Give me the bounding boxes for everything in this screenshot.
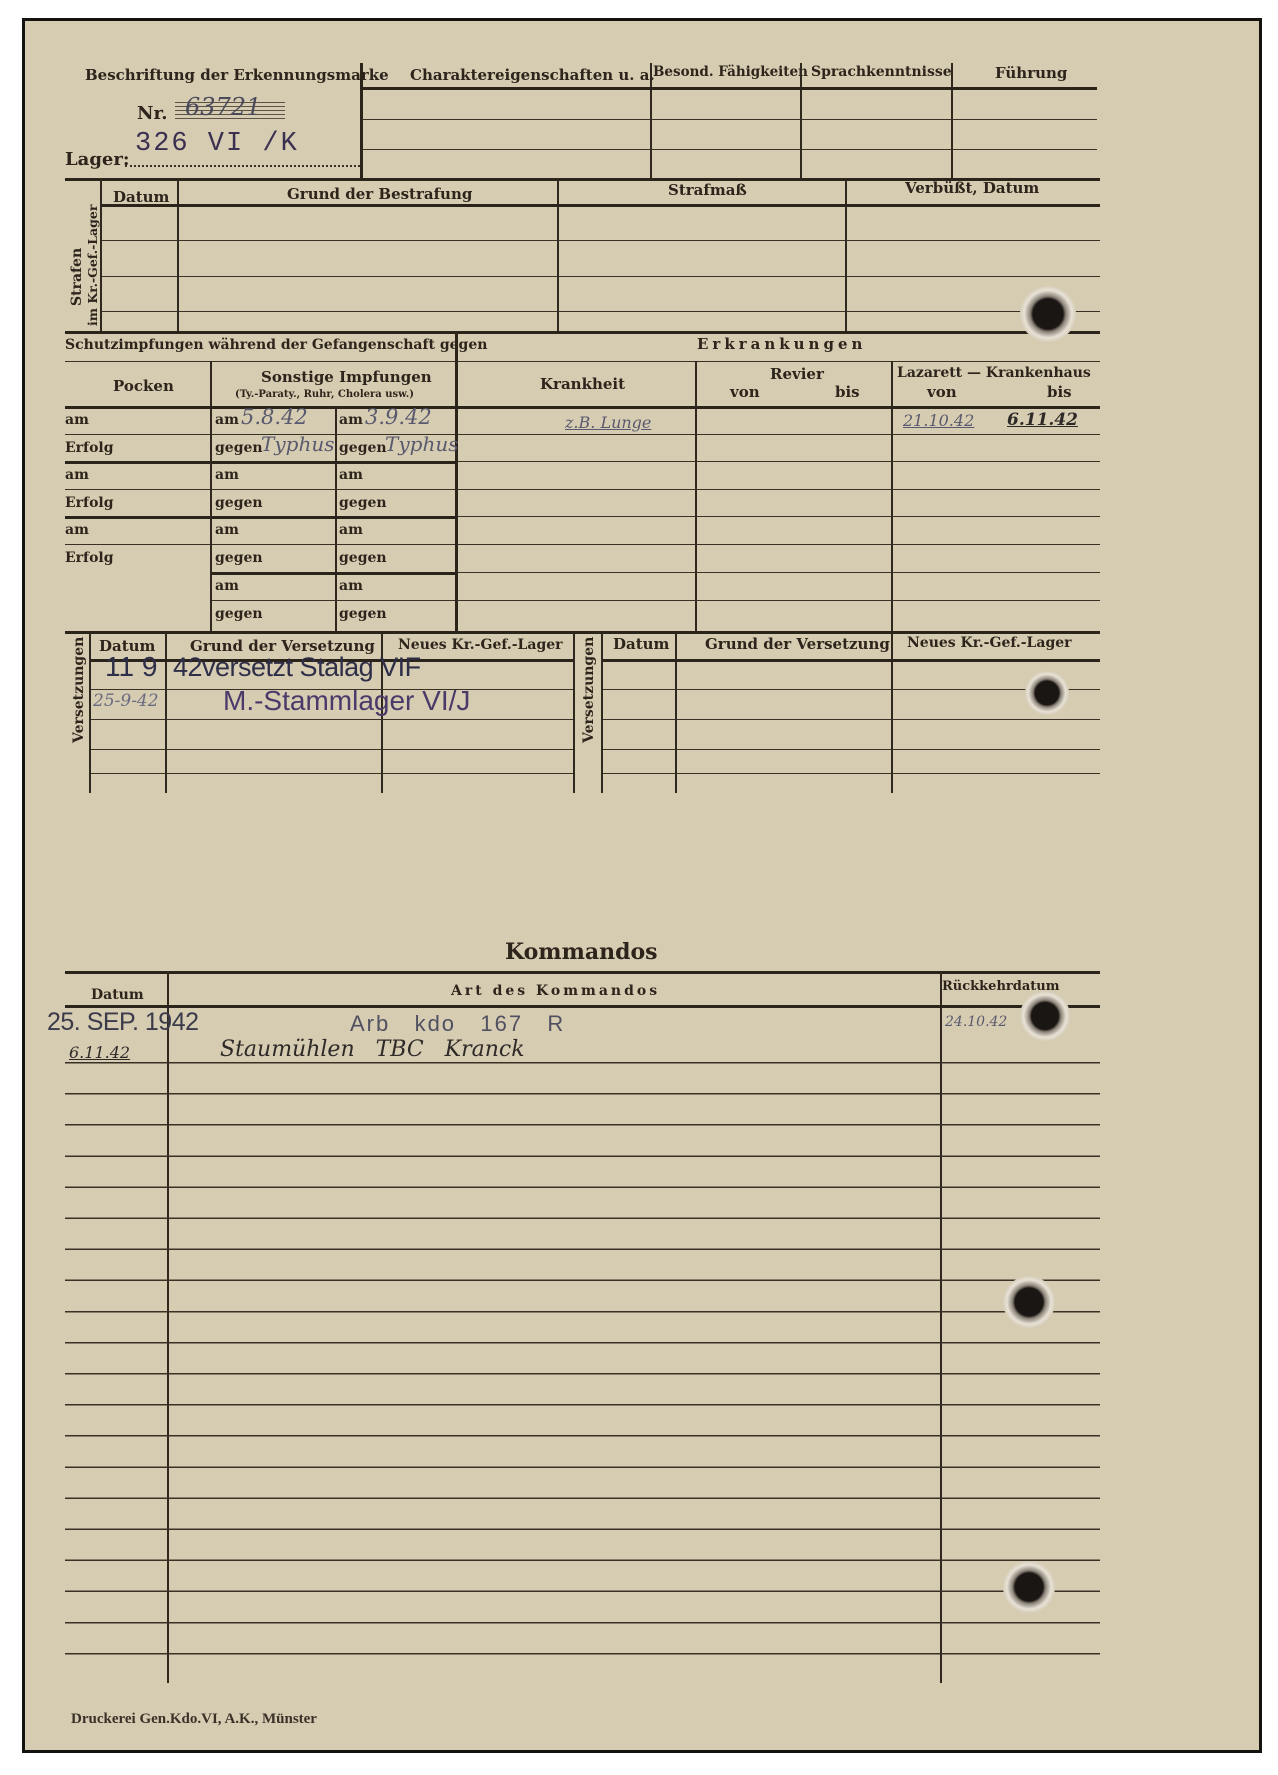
printer-imprint: Druckerei Gen.Kdo.VI, A.K., Münster xyxy=(71,1711,317,1728)
punch-hole xyxy=(1020,286,1076,342)
illness-hospital-to: bis xyxy=(1047,383,1072,401)
rule xyxy=(65,631,1100,634)
rule xyxy=(91,773,573,774)
divider xyxy=(675,633,677,793)
rule xyxy=(212,461,455,464)
transfer-date-1: 11 9 xyxy=(105,651,157,683)
transfers-side-label: Versetzungen xyxy=(71,637,87,743)
lager-value: 326 VI /K xyxy=(135,129,299,159)
divider xyxy=(891,633,893,793)
transfer-stamp-1: 42versetzt Stalag VIF xyxy=(173,652,421,683)
vacc-date-2: 3.9.42 xyxy=(365,405,432,429)
vacc-label: gegen xyxy=(215,495,263,511)
punch-hole xyxy=(1025,671,1069,715)
vacc-label: am xyxy=(215,467,239,483)
rule xyxy=(212,544,455,545)
rule xyxy=(457,361,1100,362)
divider xyxy=(601,633,603,793)
illness-revier-from: von xyxy=(730,383,760,401)
divider xyxy=(210,361,212,631)
rule xyxy=(603,773,1100,774)
vacc-label: am xyxy=(215,522,239,538)
divider xyxy=(650,63,652,178)
divider xyxy=(573,633,575,793)
rule xyxy=(457,434,1100,435)
punish-col-served: Verbüßt, Datum xyxy=(905,179,1039,197)
transfer-right-col-date: Datum xyxy=(613,635,669,653)
divider xyxy=(455,331,458,631)
rule xyxy=(212,600,455,601)
rule xyxy=(457,461,1100,462)
illness-col-hospital: Lazarett — Krankenhaus xyxy=(897,365,1091,381)
divider xyxy=(845,178,847,331)
kommandos-title: Kommandos xyxy=(505,939,658,965)
rule xyxy=(65,434,210,435)
illness-disease-value: z.B. Lunge xyxy=(565,413,651,432)
rule xyxy=(603,719,1100,720)
rule xyxy=(65,1005,1100,1008)
rule xyxy=(65,971,1100,974)
pocken-row: Erfolg xyxy=(65,440,114,456)
rule xyxy=(603,749,1100,750)
rule xyxy=(91,749,573,750)
rule xyxy=(65,544,210,545)
rule xyxy=(102,311,1100,312)
rule xyxy=(102,240,1100,241)
rule xyxy=(212,572,455,575)
ident-tag-label: Beschriftung der Erkennungsmarke xyxy=(85,66,389,84)
vacc-label: gegen xyxy=(339,550,387,566)
vacc-label: gegen xyxy=(215,440,263,456)
rule xyxy=(457,516,1100,517)
vacc-col-other: Sonstige Impfungen xyxy=(261,368,432,386)
vacc-col-smallpox: Pocken xyxy=(113,377,174,395)
rule xyxy=(65,516,210,519)
illness-revier-to: bis xyxy=(835,383,860,401)
vacc-label: gegen xyxy=(215,550,263,566)
illness-hospital-to-value: 6.11.42 xyxy=(1007,410,1078,430)
lager-label: Lager: xyxy=(65,149,130,170)
vacc-col-other-sub: (Ty.-Paraty., Ruhr, Cholera usw.) xyxy=(235,389,414,400)
rule xyxy=(65,331,1100,334)
pocken-row: am xyxy=(65,467,89,483)
transfer-right-col-reason: Grund der Versetzung xyxy=(705,635,890,653)
vacc-label: gegen xyxy=(339,495,387,511)
rule xyxy=(603,659,1100,662)
transfers-side-label-right: Versetzungen xyxy=(581,637,597,743)
transfer-right-col-camp: Neues Kr.-Gef.-Lager xyxy=(907,635,1072,651)
divider xyxy=(165,633,167,793)
divider xyxy=(800,63,802,178)
vacc-label: am xyxy=(215,412,239,428)
pocken-row: Erfolg xyxy=(65,495,114,511)
rule xyxy=(65,406,1100,409)
col-languages: Sprachkenntnisse xyxy=(811,64,952,80)
rule xyxy=(362,119,1097,120)
illness-title: Erkrankungen xyxy=(697,335,866,353)
nr-value: 63721 xyxy=(185,93,261,121)
punch-hole xyxy=(1003,1276,1055,1328)
divider xyxy=(177,178,179,331)
pow-record-card: Beschriftung der Erkennungsmarke Nr. 637… xyxy=(22,18,1262,1753)
vacc-against-1: Typhus xyxy=(261,432,334,456)
illness-col-revier: Revier xyxy=(770,365,824,383)
lager-underline xyxy=(125,165,360,167)
rule xyxy=(102,276,1100,277)
divider xyxy=(557,178,559,331)
rule xyxy=(457,544,1100,545)
rule xyxy=(212,516,455,519)
punch-hole xyxy=(1003,1561,1055,1613)
vacc-against-2: Typhus xyxy=(385,432,458,456)
vacc-label: am xyxy=(339,578,363,594)
divider xyxy=(891,361,893,631)
rule xyxy=(362,149,1097,150)
rule xyxy=(212,489,455,490)
col-abilities: Besond. Fähigkeiten xyxy=(653,64,808,80)
punishments-side-label-2: im Kr.-Gef.-Lager xyxy=(85,205,100,326)
rule xyxy=(65,361,455,362)
vacc-label: am xyxy=(339,412,363,428)
nr-label: Nr. xyxy=(137,103,168,124)
divider xyxy=(89,633,91,793)
illness-col-disease: Krankheit xyxy=(540,375,625,393)
rule xyxy=(457,600,1100,601)
kommandos-ruled-lines xyxy=(65,1033,1100,1673)
pocken-row: am xyxy=(65,522,89,538)
kommandos-col-date: Datum xyxy=(91,987,144,1003)
illness-hospital-from-value: 21.10.42 xyxy=(903,411,974,430)
illness-hospital-from: von xyxy=(927,383,957,401)
divider xyxy=(360,63,363,178)
vacc-label: gegen xyxy=(339,440,387,456)
punishments-side-label-1: Strafen xyxy=(69,248,85,306)
vacc-label: gegen xyxy=(215,606,263,622)
vacc-label: am xyxy=(339,522,363,538)
kommando-return-1: 24.10.42 xyxy=(945,1014,1007,1030)
vacc-date-1: 5.8.42 xyxy=(241,405,308,429)
divider xyxy=(951,63,953,178)
transfer-col-camp: Neues Kr.-Gef.-Lager xyxy=(398,637,563,653)
vacc-label: gegen xyxy=(339,606,387,622)
vacc-title: Schutzimpfungen während der Gefangenscha… xyxy=(65,337,487,353)
rule xyxy=(102,204,1100,207)
transfer-stamp-2: M.-Stammlager VI/J xyxy=(223,685,470,717)
rule xyxy=(91,719,573,720)
vacc-label: am xyxy=(215,578,239,594)
transfer-date-2: 25-9-42 xyxy=(93,691,159,711)
divider xyxy=(695,361,697,631)
punish-col-sentence: Strafmaß xyxy=(668,181,747,199)
col-character: Charaktereigenschaften u. a. xyxy=(410,66,655,84)
rule xyxy=(65,489,210,490)
punch-hole xyxy=(1020,991,1070,1041)
rule xyxy=(457,489,1100,490)
pocken-row: Erfolg xyxy=(65,550,114,566)
vacc-label: am xyxy=(339,467,363,483)
col-conduct: Führung xyxy=(995,64,1067,82)
rule xyxy=(457,572,1100,573)
punish-col-reason: Grund der Bestrafung xyxy=(287,185,472,203)
rule xyxy=(65,461,210,464)
kommandos-col-type: Art des Kommandos xyxy=(451,983,660,999)
divider xyxy=(100,178,102,331)
rule xyxy=(362,87,1097,90)
pocken-row: am xyxy=(65,412,89,428)
